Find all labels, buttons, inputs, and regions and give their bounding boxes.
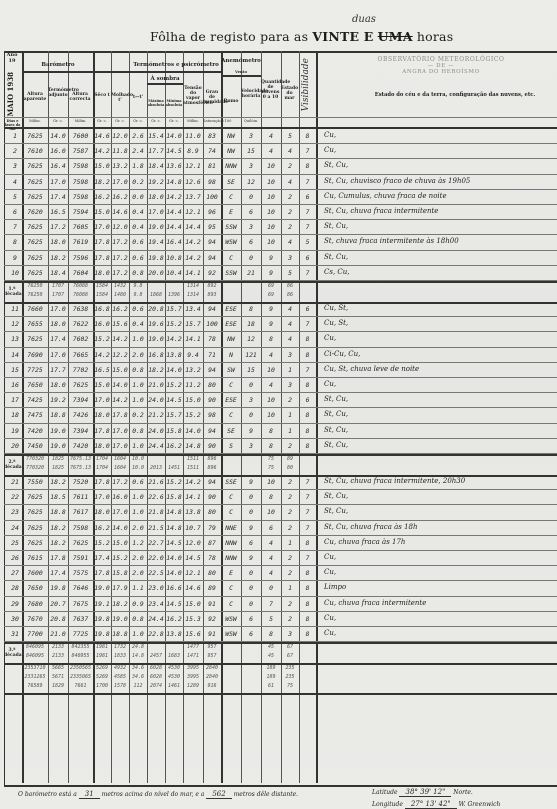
sky-remark: St, Cu, chuva fraca intermitente [324,207,438,215]
day-number: 17 [8,396,22,404]
cell-alt_ap: 7625 [22,193,48,201]
cell-mar: 4 [281,320,299,328]
cell-vel: 9 [241,427,261,435]
cell-alt_ap: 7625 [22,493,48,501]
summary-cell: 2353710 [22,665,48,671]
cell-vel: 3 [241,162,261,170]
cell-alt_corr: 7520 [68,478,93,486]
cell-molh: 15.6 [111,320,129,328]
cell-alt_corr: 7598 [68,524,93,532]
cell-molh: 11.8 [111,147,129,155]
summary-cell: 75 [281,683,299,689]
cell-nuv: 10 [261,396,281,404]
cell-term: 19.0 [48,427,68,435]
cell-alt_corr: 7575 [68,569,93,577]
day-number: 29 [8,600,22,608]
cell-term: 21.0 [48,630,68,638]
cell-alt_corr: 7611 [68,493,93,501]
cell-rumo: ESE [221,396,241,404]
summary-row: 2331265567123350655269458534.66028453039… [4,673,557,682]
cell-mar: 3 [281,381,299,389]
cell-max: 18.2 [147,366,165,374]
cell-humid: 94 [203,305,221,313]
summary-cell: 1604 [111,465,129,471]
table-row: 13762517.4760215.214.21.019.014.214.178N… [4,332,557,347]
table-row: 6762016.5759415.014.60.417.014.412.196E6… [4,205,557,220]
table-row: 23762518.8761718.017.01.021.814.813.880C… [4,505,557,520]
table-row: 27760017.4757517.815.82.022.514.012.180E… [4,566,557,581]
sky-remark: St, Cu, [324,507,348,515]
cell-dif: 1.0 [129,381,147,389]
summary-cell: 770320 [22,465,48,471]
unit-label: Milím. [183,119,203,123]
cell-alt_ap: 7625 [22,162,48,170]
cell-molh: 14.0 [111,381,129,389]
cell-tensao: 12.0 [183,539,203,547]
cell-tensao: 14.2 [183,478,203,486]
cell-mar: 2 [281,208,299,216]
unit-label: Milím. [68,119,93,123]
cell-dif: 0.0 [129,193,147,201]
sky-remark: St, Cu, [324,426,348,434]
table-row: 12765518.0762216.015.60.419.615.215.7100… [4,317,557,332]
summary-cell: 3995 [183,665,203,671]
cell-humid: 91 [203,630,221,638]
cell-nuv: 5 [261,615,281,623]
cell-alt_ap: 7450 [22,442,48,450]
summary-cell: 5671 [48,674,68,680]
sky-remark: St, Cu, chuva fraca intermitente, 20h30 [324,477,465,485]
cell-min: 14.5 [165,396,183,404]
day-number: 15 [8,366,22,374]
cell-min: 16.4 [165,238,183,246]
cell-alt_ap: 7660 [22,305,48,313]
cell-vis: 7 [299,147,316,155]
day-number: 10 [8,269,22,277]
table-row: 29768020.7767519.118.20.923.414.515.091C… [4,597,557,612]
cell-dif: 0.2 [129,411,147,419]
cell-min: 10.8 [165,254,183,262]
cell-molh: 14.2 [111,335,129,343]
cell-alt_ap: 7655 [22,320,48,328]
cell-term: 17.4 [48,569,68,577]
summary-cell: 1704 [93,465,111,471]
cell-mar: 2 [281,223,299,231]
table-row: 5762517.4759816.216.20.018.014.213.7100C… [4,190,557,205]
cell-tensao: 15.2 [183,411,203,419]
cell-nuv: 10 [261,178,281,186]
cell-term: 17.0 [48,178,68,186]
cell-vis: 5 [299,238,316,246]
cell-dif: 1.0 [129,630,147,638]
cell-min: 14.8 [165,178,183,186]
cell-tensao: 12.1 [183,569,203,577]
cell-rumo: C [221,254,241,262]
cell-seco: 18.0 [93,411,111,419]
cell-nuv: 10 [261,508,281,516]
summary-cell: 1683 [165,653,183,659]
cell-molh: 16.2 [111,193,129,201]
cell-mar: 2 [281,396,299,404]
cell-dif: 0.8 [129,366,147,374]
cell-nuv: 9 [261,254,281,262]
cell-vel: 9 [241,554,261,562]
cell-humid: 90 [203,442,221,450]
cell-nuv: 10 [261,193,281,201]
day-number: 19 [8,427,22,435]
cell-min: 14.5 [165,539,183,547]
cell-molh: 12.0 [111,223,129,231]
summary-cell: 1707 [48,292,68,298]
cell-max: 19.4 [147,238,165,246]
cell-vis: 7 [299,478,316,486]
cell-tensao: 11.2 [183,381,203,389]
summary-cell: 24.8 [129,644,147,650]
cell-term: 18.0 [48,320,68,328]
cell-mar: 2 [281,554,299,562]
day-number: 6 [8,208,22,216]
sky-remark: Cu, [324,334,336,342]
cell-rumo: WSW [221,615,241,623]
cell-dif: 2.0 [129,524,147,532]
cell-alt_corr: 7604 [68,269,93,277]
cell-humid: 89 [203,584,221,592]
cell-humid: 74 [203,147,221,155]
cell-rumo: C [221,508,241,516]
year-label: Ano 19 [4,52,20,64]
cell-max: 17.0 [147,208,165,216]
table-row: 30767020.8763719.819.00.824.416.215.392W… [4,612,557,627]
table-row: 19742019.0739417.817.00.824.015.814.094S… [4,424,557,439]
summary-cell: 7675.13 [68,465,93,471]
cell-seco: 16.8 [93,305,111,313]
sky-remark: St, Cu, [324,492,348,500]
cell-max: 21.8 [147,508,165,516]
cell-seco: 15.2 [93,335,111,343]
cell-min: 14.8 [165,508,183,516]
cell-mar: 1 [281,584,299,592]
cell-molh: 18.2 [111,600,129,608]
summary-cell: 10.0 [129,456,147,462]
sky-remark: St, Cu, [324,441,348,449]
cell-mar: 2 [281,478,299,486]
cell-alt_ap: 7625 [22,269,48,277]
cell-humid: 81 [203,162,221,170]
cell-rumo: NW [221,147,241,155]
cell-vel: 0 [241,254,261,262]
summary-cell: 76088 [68,292,93,298]
cell-tensao: 14.8 [183,442,203,450]
cell-vel: 0 [241,569,261,577]
cell-vis: 6 [299,396,316,404]
summary-cell: 67 [281,653,299,659]
cell-tensao: 13.8 [183,508,203,516]
cell-vel: 3 [241,396,261,404]
cell-rumo: SSE [221,478,241,486]
summary-cell: 67 [281,644,299,650]
cell-tensao: 14.1 [183,493,203,501]
logbook-page: duas Fôlha de registo para as VINTE E UM… [0,0,557,809]
cell-seco: 17.0 [93,493,111,501]
cell-tensao: 14.4 [183,223,203,231]
cell-vis: 8 [299,630,316,638]
cell-min: 14.2 [165,193,183,201]
cell-dif: 2.6 [129,132,147,140]
cell-seco: 17.8 [93,478,111,486]
cell-dif: 2.0 [129,351,147,359]
sky-remark: St, chuva fraca intermitente às 18h00 [324,237,459,245]
cell-alt_corr: 7394 [68,427,93,435]
cell-dif: 0.4 [129,320,147,328]
cell-rumo: ESE [221,320,241,328]
cell-seco: 16.5 [93,366,111,374]
cell-min: 10.4 [165,269,183,277]
cell-alt_ap: 7625 [22,508,48,516]
cell-max: 21.6 [147,478,165,486]
cell-humid: 98 [203,411,221,419]
cell-humid: 100 [203,193,221,201]
day-number: 27 [8,569,22,577]
unit-label: Milím. [22,119,48,123]
cell-molh: 17.8 [111,411,129,419]
summary-cell: 957 [203,653,221,659]
day-number: 3 [8,162,22,170]
cell-rumo: ESE [221,305,241,313]
cell-min: 15.2 [165,381,183,389]
cell-max: 24.4 [147,615,165,623]
day-number: 23 [8,508,22,516]
cell-alt_corr: 7725 [68,630,93,638]
sky-remark: Cs, Cu, [324,268,350,276]
cell-vis: 6 [299,193,316,201]
cell-seco: 15.0 [93,162,111,170]
summary-cell: 5665 [48,665,68,671]
cell-molh: 15.0 [111,539,129,547]
sky-remark: Cu, St, [324,319,348,327]
cell-max: 22.5 [147,569,165,577]
cell-term: 17.8 [48,554,68,562]
summary-cell: 89 [281,456,299,462]
day-number: 24 [8,524,22,532]
cell-term: 17.0 [48,305,68,313]
day-number: 25 [8,539,22,547]
summary-cell: 770320 [22,456,48,462]
cell-term: 18.2 [48,478,68,486]
cell-mar: 2 [281,569,299,577]
summary-cell: 842355 [68,644,93,650]
cell-max: 19.6 [147,320,165,328]
cell-min: 16.2 [165,442,183,450]
cell-alt_ap: 7625 [22,524,48,532]
summary-cell: 235 [281,665,299,671]
cell-rumo: N [221,351,241,359]
cell-humid: 94 [203,427,221,435]
day-number: 26 [8,554,22,562]
cell-alt_ap: 7625 [22,223,48,231]
summary-cell: 1451 [165,465,183,471]
cell-term: 18.8 [48,411,68,419]
cell-min: 13.8 [165,630,183,638]
cell-mar: 1 [281,366,299,374]
cell-seco: 17.8 [93,254,111,262]
cell-vel: 3 [241,223,261,231]
cell-dif: 1.0 [129,335,147,343]
summary-cell: 75 [261,456,281,462]
cell-tensao: 15.3 [183,615,203,623]
cell-max: 21.2 [147,411,165,419]
cell-alt_corr: 7598 [68,178,93,186]
cell-vel: 6 [241,238,261,246]
cell-alt_ap: 7420 [22,427,48,435]
cell-nuv: 10 [261,223,281,231]
cell-alt_corr: 7600 [68,132,93,140]
cell-dif: 0.4 [129,208,147,216]
summary-cell: 1868 [147,292,165,298]
cell-alt_ap: 7670 [22,615,48,623]
summary-cell: 80 [281,465,299,471]
cell-alt_corr: 7587 [68,147,93,155]
summary-cell: 2457 [147,653,165,659]
cell-mar: 2 [281,493,299,501]
cell-mar: 4 [281,238,299,246]
cell-molh: 17.9 [111,584,129,592]
summary-cell: 61 [261,683,281,689]
cell-humid: 96 [203,208,221,216]
table-row: 28765019.8764619.017.91.123.016.614.689C… [4,581,557,596]
cell-min: 16.6 [165,584,183,592]
cell-vis: 7 [299,366,316,374]
cell-vis: 8 [299,351,316,359]
summary-cell: 5269 [93,665,111,671]
cell-seco: 19.0 [93,584,111,592]
cell-mar: 4 [281,147,299,155]
cell-nuv: 4 [261,147,281,155]
cell-seco: 19.8 [93,630,111,638]
day-number: 28 [8,584,22,592]
cell-humid: 94 [203,366,221,374]
cell-dif: 0.9 [129,600,147,608]
cell-min: 13.8 [165,351,183,359]
cell-mar: 4 [281,305,299,313]
summary-cell: 2335065 [68,674,93,680]
cell-tensao: 9.4 [183,351,203,359]
cell-nuv: 7 [261,600,281,608]
cell-nuv: 4 [261,554,281,562]
cell-vis: 7 [299,554,316,562]
cell-dif: 0.2 [129,178,147,186]
cell-max: 23.0 [147,584,165,592]
cell-humid: 79 [203,524,221,532]
summary-cell: 2074 [147,683,165,689]
summary-cell: 69 [261,283,281,289]
cell-dif: 2.0 [129,554,147,562]
summary-cell: 4932 [111,665,129,671]
cell-vis: 8 [299,427,316,435]
cell-molh: 17.0 [111,178,129,186]
cell-max: 19.0 [147,223,165,231]
summary-row: 84609521338409551981183314.8245716831471… [4,652,557,661]
cell-alt_ap: 7550 [22,478,48,486]
cell-nuv: 8 [261,335,281,343]
cell-rumo: C [221,600,241,608]
summary-cell: 1432 [111,283,129,289]
anemometer-header: Anemómetro [221,58,261,64]
summary-cell: 1604 [111,456,129,462]
cell-alt_ap: 7650 [22,381,48,389]
cell-term: 18.2 [48,539,68,547]
sky-remark: Cu, chuva fraca às 17h [324,538,405,546]
summary-cell: 1511 [183,456,203,462]
cell-vel: 0 [241,193,261,201]
cell-term: 18.5 [48,493,68,501]
cell-mar: 1 [281,427,299,435]
summary-cell: 76589 [22,683,48,689]
cell-humid: 94 [203,478,221,486]
cell-rumo: SE [221,178,241,186]
day-number: 5 [8,193,22,201]
sky-remark: St, Cu, chuva fraca às 18h [324,523,418,531]
cell-vis: 8 [299,539,316,547]
cell-seco: 14.2 [93,351,111,359]
summary-cell: 1511 [183,465,203,471]
cell-mar: 4 [281,178,299,186]
cell-molh: 15.2 [111,554,129,562]
cell-dif: 0.6 [129,305,147,313]
cell-vis: 8 [299,381,316,389]
summary-cell: 4530 [165,665,183,671]
summary-cell: 4585 [111,674,129,680]
title-correction: duas [352,14,376,25]
cell-dif: 1.2 [129,539,147,547]
cell-dif: 0.6 [129,254,147,262]
cell-min: 15.8 [165,427,183,435]
summary-cell: 189 [261,665,281,671]
row-rule [4,693,557,695]
cell-vel: 0 [241,584,261,592]
table-row: 25762518.2762515.215.01.222.714.512.087N… [4,536,557,551]
cell-vis: 8 [299,335,316,343]
cell-min: 14.2 [165,335,183,343]
cell-humid: 92 [203,615,221,623]
cell-vel: 15 [241,366,261,374]
cell-term: 18.8 [48,508,68,516]
visibility-signature: Visibilidade [301,58,311,111]
cell-alt_ap: 7700 [22,630,48,638]
table-row: 10762518.4760418.017.20.820.010.414.192S… [4,266,557,281]
summary-row: 2353710566523505655269493234.66028453039… [4,664,557,673]
cell-vel: 121 [241,351,261,359]
cell-vis: 7 [299,493,316,501]
cell-vel: 3 [241,442,261,450]
cell-alt_ap: 7625 [22,178,48,186]
cell-vel: 21 [241,269,261,277]
cell-molh: 14.0 [111,524,129,532]
table-row: 17742519.2739417.014.21.024.014.515.090E… [4,393,557,408]
summary-cell: 7661 [68,683,93,689]
longitude-note: Longitude 27° 13' 42" W. Greenwich [372,800,500,808]
header-rule [221,75,261,77]
cell-vel: 6 [241,630,261,638]
unit-label: Gr. c. [111,119,129,123]
summary-cell: 75 [261,465,281,471]
cell-seco: 15.0 [93,208,111,216]
unit-label: Gr. c. [93,119,111,123]
day-number: 14 [8,351,22,359]
cell-vel: 0 [241,600,261,608]
cell-molh: 14.2 [111,396,129,404]
cell-dif: 2.0 [129,569,147,577]
table-row: 20745019.0742018.017.01.024.416.214.890S… [4,439,557,454]
